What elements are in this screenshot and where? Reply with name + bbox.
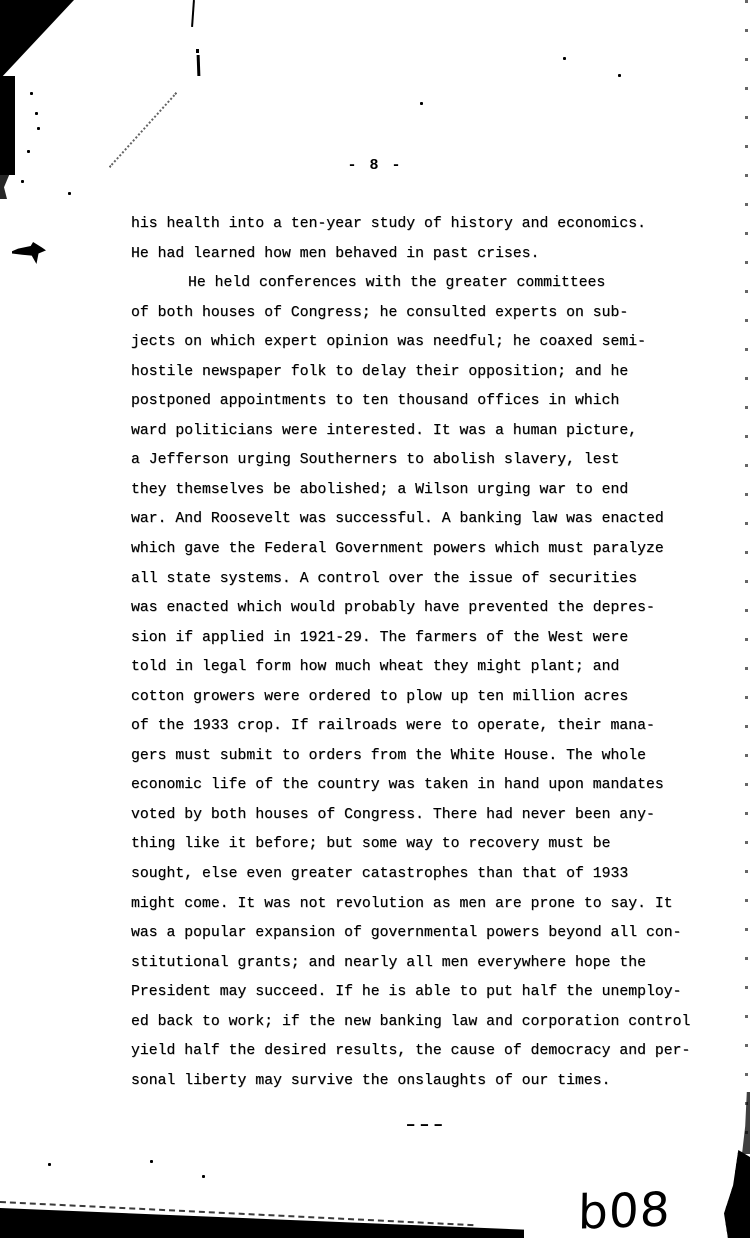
text-line: sonal liberty may survive the onslaughts… — [131, 1073, 711, 1103]
text-line: economic life of the country was taken i… — [131, 777, 711, 807]
text-line: they themselves be abolished; a Wilson u… — [131, 482, 711, 512]
text-line: voted by both houses of Congress. There … — [131, 807, 711, 837]
text-line: sion if applied in 1921-29. The farmers … — [131, 630, 711, 660]
text-line: cotton growers were ordered to plow up t… — [131, 689, 711, 719]
text-line: which gave the Federal Government powers… — [131, 541, 711, 571]
text-line: sought, else even greater catastrophes t… — [131, 866, 711, 896]
text-line: his health into a ten-year study of hist… — [131, 216, 711, 246]
typewritten-text: his health into a ten-year study of hist… — [131, 216, 711, 1102]
text-line: of both houses of Congress; he consulted… — [131, 305, 711, 335]
text-line: President may succeed. If he is able to … — [131, 984, 711, 1014]
text-line: thing like it before; but some way to re… — [131, 836, 711, 866]
text-line: ed back to work; if the new banking law … — [131, 1014, 711, 1044]
document-page: - 8 - his health into a ten-year study o… — [0, 0, 750, 1238]
text-line: yield half the desired results, the caus… — [131, 1043, 711, 1073]
text-line: war. And Roosevelt was successful. A ban… — [131, 511, 711, 541]
text-line: told in legal form how much wheat they m… — [131, 659, 711, 689]
text-line: gers must submit to orders from the Whit… — [131, 748, 711, 778]
typewritten-layer: - 8 - his health into a ten-year study o… — [0, 0, 750, 1238]
text-line: He held conferences with the greater com… — [131, 275, 711, 305]
text-line: a Jefferson urging Southerners to abolis… — [131, 452, 711, 482]
end-mark: --- — [403, 1116, 444, 1134]
text-line: stitutional grants; and nearly all men e… — [131, 955, 711, 985]
handwritten-page-id: b08 — [578, 1186, 671, 1236]
page-number: - 8 - — [328, 157, 422, 174]
text-line: jects on which expert opinion was needfu… — [131, 334, 711, 364]
text-line: of the 1933 crop. If railroads were to o… — [131, 718, 711, 748]
text-line: might come. It was not revolution as men… — [131, 896, 711, 926]
text-line: was a popular expansion of governmental … — [131, 925, 711, 955]
text-line: all state systems. A control over the is… — [131, 571, 711, 601]
text-line: hostile newspaper folk to delay their op… — [131, 364, 711, 394]
text-line: He had learned how men behaved in past c… — [131, 246, 711, 276]
text-line: postponed appointments to ten thousand o… — [131, 393, 711, 423]
text-line: ward politicians were interested. It was… — [131, 423, 711, 453]
text-line: was enacted which would probably have pr… — [131, 600, 711, 630]
